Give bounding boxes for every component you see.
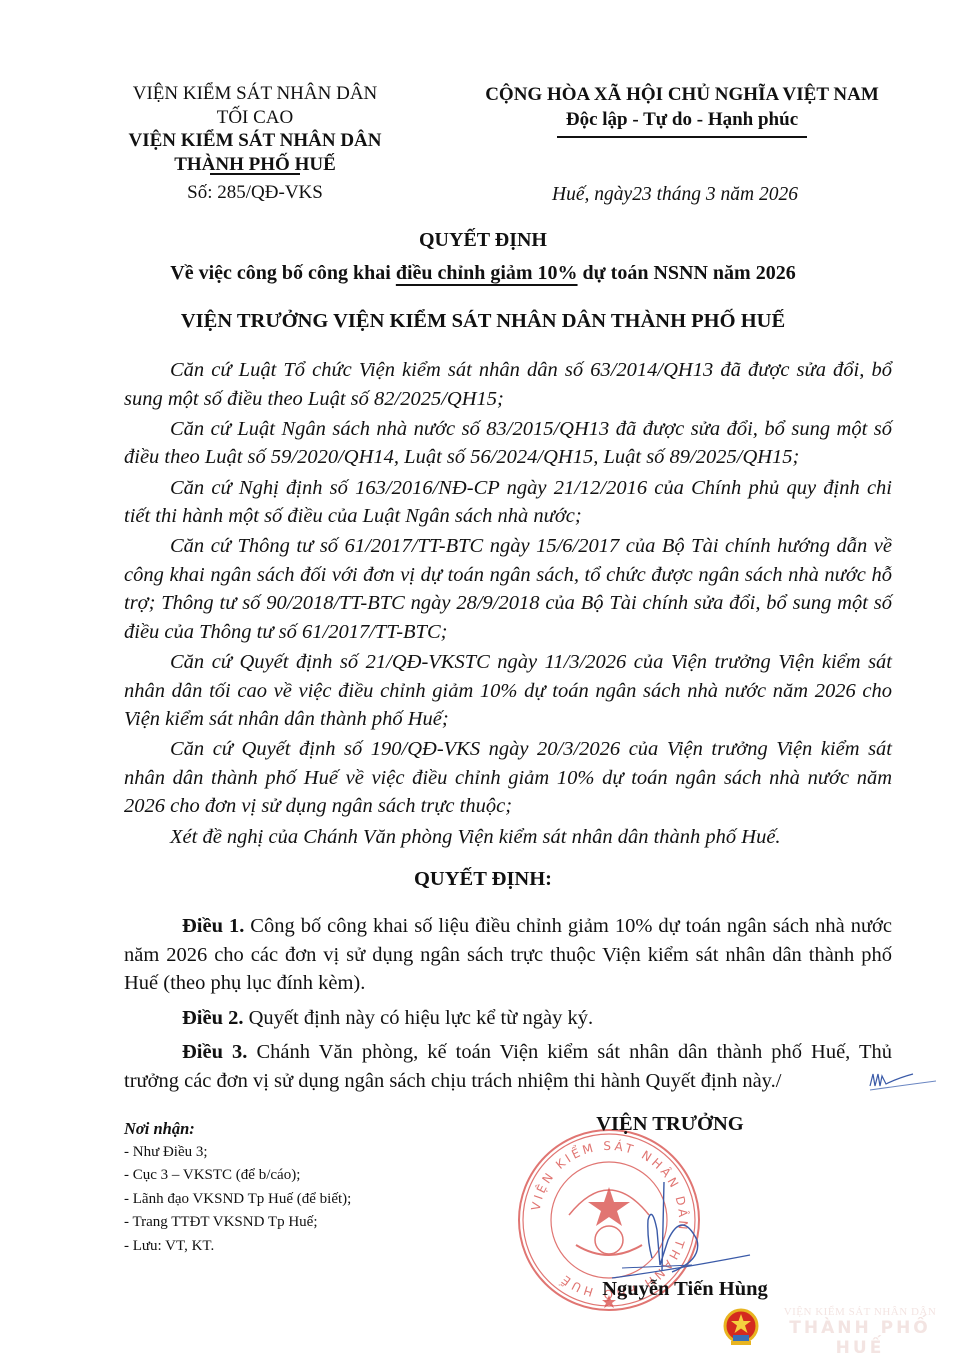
place-date: Huế, ngày23 tháng 3 năm 2026	[480, 184, 870, 206]
article-label: Điều 3.	[182, 1041, 247, 1063]
legal-basis: Căn cứ Luật Ngân sách nhà nước số 83/201…	[124, 415, 892, 472]
national-motto: Độc lập - Tự do - Hạnh phúc	[462, 107, 902, 132]
subject-pre: Về việc công bố công khai	[170, 262, 396, 284]
issuer-title: VIỆN TRƯỞNG VIỆN KIỂM SÁT NHÂN DÂN THÀNH…	[0, 310, 966, 333]
document-type-title: QUYẾT ĐỊNH	[0, 229, 966, 252]
recipient-item: - Lưu: VT, KT.	[124, 1235, 444, 1259]
agency-line2: THÀNH PHỐ HUẾ	[110, 153, 400, 177]
document-subject: Về việc công bố công khai điều chỉnh giả…	[0, 262, 966, 285]
article-label: Điều 2.	[182, 1007, 244, 1029]
handwritten-signature-icon	[612, 1180, 752, 1290]
national-emblem-icon	[722, 1308, 760, 1348]
watermark: VIỆN KIỂM SÁT NHÂN DÂN THÀNH PHỐ HUẾ	[770, 1306, 950, 1358]
watermark-line2: THÀNH PHỐ HUẾ	[770, 1318, 950, 1358]
parent-agency-line2: TỐI CAO	[110, 106, 400, 130]
article-1: Điều 1. Công bố công khai số liệu điều c…	[124, 912, 892, 998]
watermark-line1: VIỆN KIỂM SÁT NHÂN DÂN	[770, 1306, 950, 1318]
legal-basis: Căn cứ Luật Tổ chức Viện kiểm sát nhân d…	[124, 356, 892, 413]
motto-underline	[557, 136, 807, 138]
parent-agency-line1: VIỆN KIỂM SÁT NHÂN DÂN	[110, 82, 400, 106]
issuing-agency-block: VIỆN KIỂM SÁT NHÂN DÂN TỐI CAO VIỆN KIỂM…	[110, 82, 400, 205]
recipients-heading: Nơi nhận:	[124, 1117, 444, 1141]
proposal-basis: Xét đề nghị của Chánh Văn phòng Viện kiể…	[124, 823, 892, 852]
articles: Điều 1. Công bố công khai số liệu điều c…	[124, 912, 892, 1101]
article-label: Điều 1.	[182, 915, 244, 937]
legal-basis: Căn cứ Quyết định số 190/QĐ-VKS ngày 20/…	[124, 735, 892, 821]
signer-title: VIỆN TRƯỞNG	[560, 1113, 780, 1136]
national-header-block: CỘNG HÒA XÃ HỘI CHỦ NGHĨA VIỆT NAM Độc l…	[462, 82, 902, 138]
recipient-item: - Trang TTĐT VKSND Tp Huế;	[124, 1211, 444, 1235]
legal-basis: Căn cứ Nghị định số 163/2016/NĐ-CP ngày …	[124, 474, 892, 531]
signer-name: Nguyễn Tiến Hùng	[560, 1278, 810, 1301]
article-2: Điều 2. Quyết định này có hiệu lực kể từ…	[124, 1004, 892, 1033]
document-number: Số: 285/QĐ-VKS	[110, 181, 400, 205]
legal-basis: Căn cứ Quyết định số 21/QĐ-VKSTC ngày 11…	[124, 648, 892, 734]
subject-underlined: điều chỉnh giảm 10%	[396, 262, 578, 284]
recipient-item: - Cục 3 – VKSTC (để b/cáo);	[124, 1164, 444, 1188]
subject-post: dự toán NSNN năm 2026	[578, 262, 796, 284]
agency-line1: VIỆN KIỂM SÁT NHÂN DÂN	[110, 129, 400, 153]
country-name: CỘNG HÒA XÃ HỘI CHỦ NGHĨA VIỆT NAM	[462, 82, 902, 107]
recipient-item: - Như Điều 3;	[124, 1141, 444, 1165]
recipient-item: - Lãnh đạo VKSND Tp Huế (để biết);	[124, 1188, 444, 1212]
initials-signature-icon	[868, 1066, 938, 1094]
article-text: Quyết định này có hiệu lực kể từ ngày ký…	[244, 1007, 594, 1029]
legal-bases: Căn cứ Luật Tổ chức Viện kiểm sát nhân d…	[124, 356, 892, 853]
legal-basis: Căn cứ Thông tư số 61/2017/TT-BTC ngày 1…	[124, 532, 892, 646]
decision-heading: QUYẾT ĐỊNH:	[0, 868, 966, 891]
recipients-block: Nơi nhận: - Như Điều 3; - Cục 3 – VKSTC …	[124, 1117, 444, 1258]
article-3: Điều 3. Chánh Văn phòng, kế toán Viện ki…	[124, 1038, 892, 1095]
